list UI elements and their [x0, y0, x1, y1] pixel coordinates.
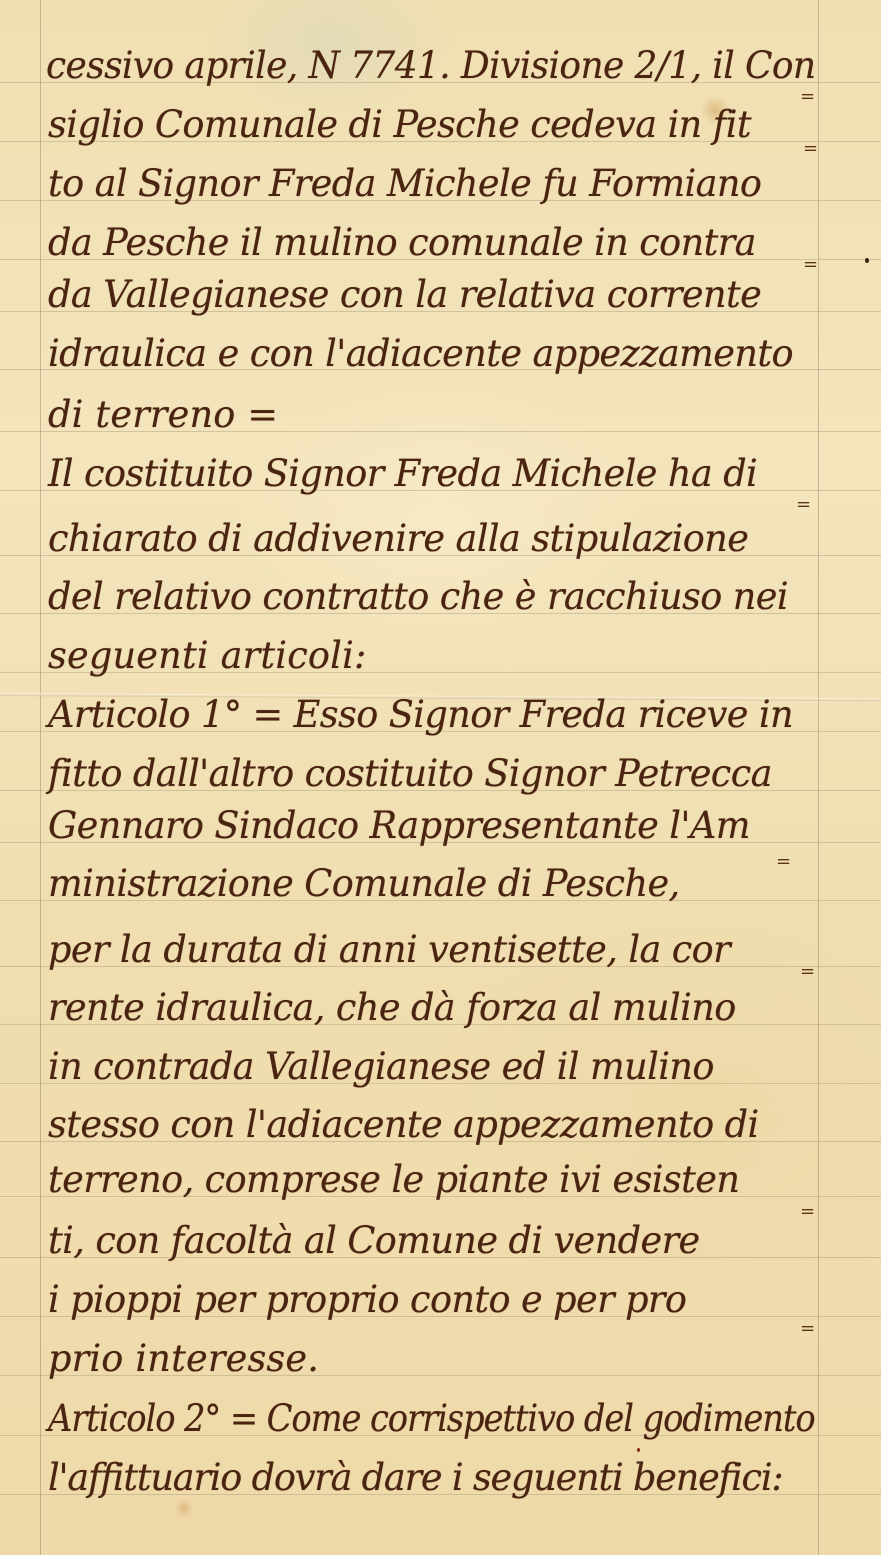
manuscript-line: Il costituito Signor Freda Michele ha di: [48, 454, 815, 494]
manuscript-line: idraulica e con l'adiacente appezzamento: [48, 334, 815, 374]
paper-stain: [175, 1497, 193, 1519]
manuscript-line: terreno, comprese le piante ivi esisten: [48, 1160, 815, 1200]
manuscript-line: seguenti articoli:: [48, 636, 815, 676]
hyphenation-mark: =: [800, 1203, 815, 1221]
manuscript-line: i pioppi per proprio conto e per pro: [48, 1280, 815, 1320]
hyphenation-mark: =: [803, 140, 818, 158]
manuscript-line: fitto dall'altro costituito Signor Petre…: [48, 754, 815, 794]
manuscript-line: rente idraulica, che dà forza al mulino: [48, 988, 815, 1028]
hyphenation-mark: =: [800, 963, 815, 981]
manuscript-line: Gennaro Sindaco Rappresentante l'Am: [48, 806, 815, 846]
manuscript-line: da Pesche il mulino comunale in contra: [48, 223, 815, 263]
manuscript-line: cessivo aprile, N 7741. Divisione 2/1, i…: [46, 46, 799, 86]
manuscript-line: to al Signor Freda Michele fu Formiano: [48, 164, 815, 204]
manuscript-line: ti, con facoltà al Comune di vendere: [48, 1221, 815, 1261]
manuscript-line: Articolo 1° = Esso Signor Freda riceve i…: [48, 695, 815, 735]
manuscript-line: ministrazione Comunale di Pesche,: [48, 864, 815, 904]
manuscript-page: cessivo aprile, N 7741. Divisione 2/1, i…: [0, 0, 881, 1555]
hyphenation-mark: =: [796, 496, 811, 514]
manuscript-line: per la durata di anni ventisette, la cor: [48, 930, 815, 970]
manuscript-line: prio interesse.: [48, 1339, 815, 1379]
manuscript-line: del relativo contratto che è racchiuso n…: [48, 577, 815, 617]
hyphenation-mark: =: [800, 1320, 815, 1338]
ink-dot: [865, 258, 869, 263]
manuscript-line: l'affittuario dovrà dare i seguenti bene…: [48, 1458, 815, 1498]
left-margin-rule: [40, 0, 41, 1555]
hyphenation-mark: =: [800, 88, 815, 106]
hyphenation-mark: =: [803, 256, 818, 274]
manuscript-line: in contrada Vallegianese ed il mulino: [48, 1047, 815, 1087]
right-margin-rule: [818, 0, 819, 1555]
manuscript-line: da Vallegianese con la relativa corrente: [48, 275, 815, 315]
manuscript-line: stesso con l'adiacente appezzamento di: [48, 1105, 815, 1145]
manuscript-line: Articolo 2° = Come corrispettivo del god…: [48, 1399, 755, 1439]
manuscript-line: siglio Comunale di Pesche cedeva in fit: [48, 105, 815, 145]
manuscript-line: chiarato di addivenire alla stipulazione: [48, 519, 815, 559]
ink-dot: [637, 1448, 640, 1452]
manuscript-line: di terreno =: [48, 395, 815, 435]
